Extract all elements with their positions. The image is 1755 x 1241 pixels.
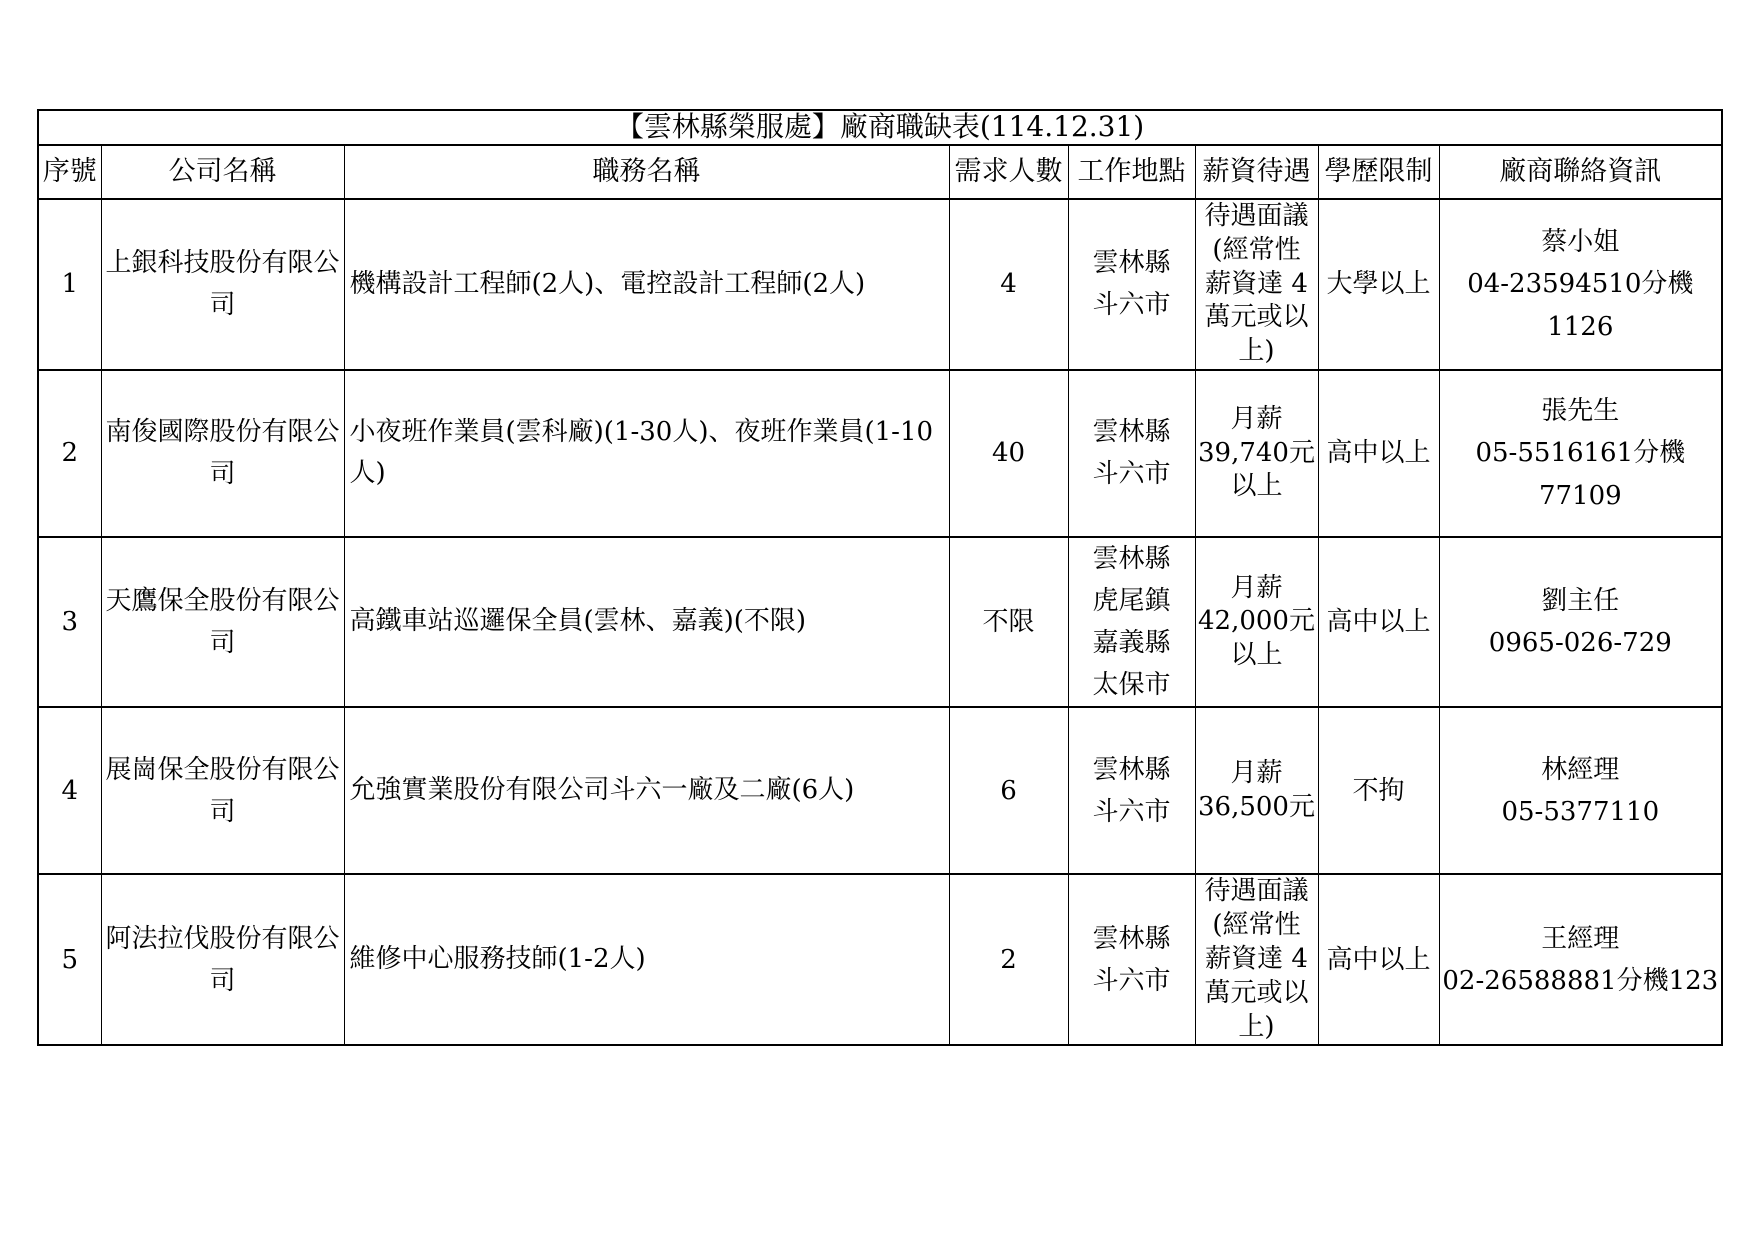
cell-no: 3 [38,537,101,707]
cell-job: 維修中心服務技師(1-2人) [344,874,949,1045]
cell-no: 4 [38,707,101,874]
header-location: 工作地點 [1068,145,1195,199]
cell-count: 不限 [949,537,1068,707]
header-company: 公司名稱 [101,145,344,199]
job-vacancy-table: 【雲林縣榮服處】廠商職缺表(114.12.31) 序號 公司名稱 職務名稱 需求… [37,109,1723,1046]
cell-no: 5 [38,874,101,1045]
cell-company: 阿法拉伐股份有限公司 [101,874,344,1045]
cell-count: 6 [949,707,1068,874]
cell-location: 雲林縣 虎尾鎮 嘉義縣 太保市 [1068,537,1195,707]
header-row: 序號 公司名稱 職務名稱 需求人數 工作地點 薪資待遇 學歷限制 廠商聯絡資訊 [38,145,1722,199]
cell-salary: 月薪 42,000元 以上 [1195,537,1318,707]
cell-location: 雲林縣 斗六市 [1068,707,1195,874]
cell-no: 2 [38,370,101,537]
title-row: 【雲林縣榮服處】廠商職缺表(114.12.31) [38,110,1722,145]
cell-company: 展崗保全股份有限公司 [101,707,344,874]
cell-count: 2 [949,874,1068,1045]
table-row: 2 南俊國際股份有限公司 小夜班作業員(雲科廠)(1-30人)、夜班作業員(1-… [38,370,1722,537]
cell-contact: 林經理 05-5377110 [1439,707,1722,874]
cell-education: 高中以上 [1318,874,1439,1045]
table-row: 1 上銀科技股份有限公司 機構設計工程師(2人)、電控設計工程師(2人) 4 雲… [38,199,1722,370]
cell-salary: 待遇面議 (經常性 薪資達 4 萬元或以 上) [1195,874,1318,1045]
document-page: 【雲林縣榮服處】廠商職缺表(114.12.31) 序號 公司名稱 職務名稱 需求… [0,0,1755,1241]
table-row: 4 展崗保全股份有限公司 允強實業股份有限公司斗六一廠及二廠(6人) 6 雲林縣… [38,707,1722,874]
cell-salary: 月薪 39,740元 以上 [1195,370,1318,537]
table-title: 【雲林縣榮服處】廠商職缺表(114.12.31) [38,110,1722,145]
cell-contact: 張先生 05-5516161分機 77109 [1439,370,1722,537]
cell-education: 大學以上 [1318,199,1439,370]
header-contact: 廠商聯絡資訊 [1439,145,1722,199]
cell-salary: 月薪 36,500元 [1195,707,1318,874]
cell-contact: 劉主任 0965-026-729 [1439,537,1722,707]
cell-salary: 待遇面議 (經常性 薪資達 4 萬元或以 上) [1195,199,1318,370]
cell-company: 天鷹保全股份有限公司 [101,537,344,707]
cell-education: 不拘 [1318,707,1439,874]
cell-job: 小夜班作業員(雲科廠)(1-30人)、夜班作業員(1-10人) [344,370,949,537]
cell-job: 允強實業股份有限公司斗六一廠及二廠(6人) [344,707,949,874]
cell-no: 1 [38,199,101,370]
header-education: 學歷限制 [1318,145,1439,199]
cell-contact: 蔡小姐 04-23594510分機 1126 [1439,199,1722,370]
cell-location: 雲林縣 斗六市 [1068,874,1195,1045]
table-row: 3 天鷹保全股份有限公司 高鐵車站巡邏保全員(雲林、嘉義)(不限) 不限 雲林縣… [38,537,1722,707]
cell-education: 高中以上 [1318,537,1439,707]
cell-job: 高鐵車站巡邏保全員(雲林、嘉義)(不限) [344,537,949,707]
cell-education: 高中以上 [1318,370,1439,537]
cell-location: 雲林縣 斗六市 [1068,199,1195,370]
header-job: 職務名稱 [344,145,949,199]
cell-location: 雲林縣 斗六市 [1068,370,1195,537]
cell-job: 機構設計工程師(2人)、電控設計工程師(2人) [344,199,949,370]
header-salary: 薪資待遇 [1195,145,1318,199]
cell-company: 南俊國際股份有限公司 [101,370,344,537]
cell-company: 上銀科技股份有限公司 [101,199,344,370]
cell-contact: 王經理 02-26588881分機123 [1439,874,1722,1045]
header-no: 序號 [38,145,101,199]
cell-count: 4 [949,199,1068,370]
table-row: 5 阿法拉伐股份有限公司 維修中心服務技師(1-2人) 2 雲林縣 斗六市 待遇… [38,874,1722,1045]
cell-count: 40 [949,370,1068,537]
header-count: 需求人數 [949,145,1068,199]
